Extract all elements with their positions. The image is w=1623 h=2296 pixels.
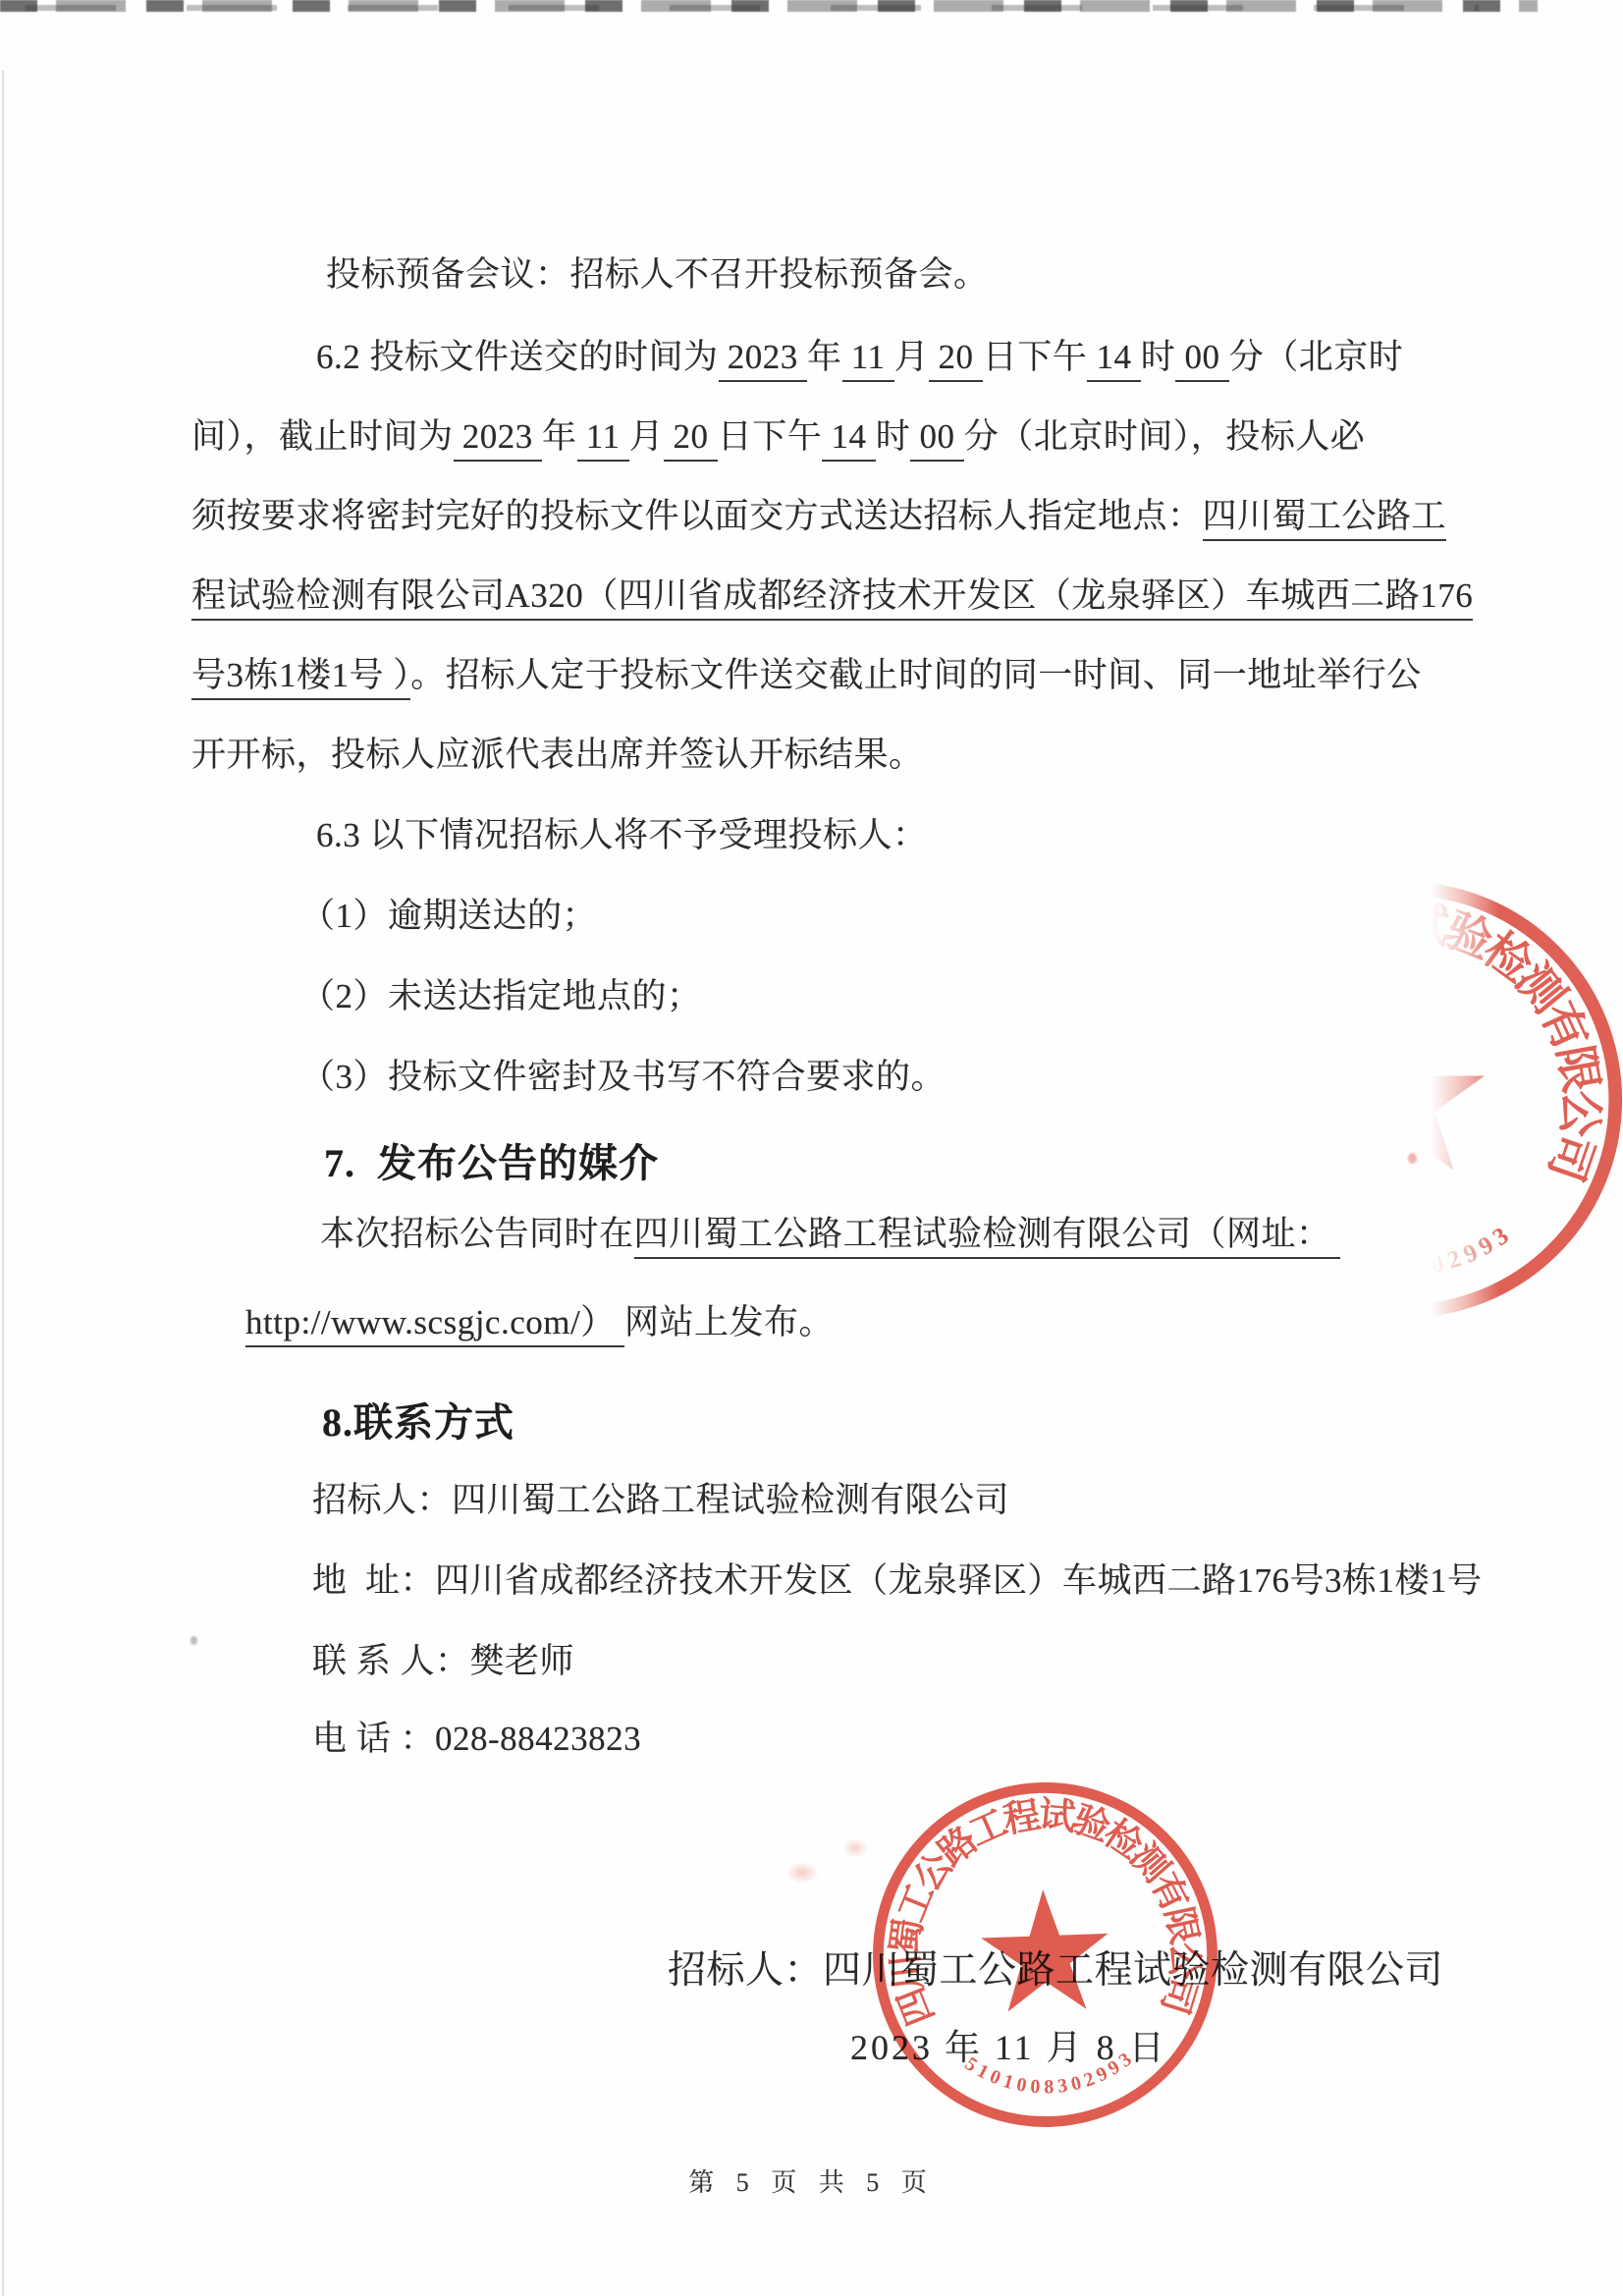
blank-hour: 14: [1087, 338, 1141, 382]
text-segment: 年: [542, 417, 577, 456]
paragraph-6-2-line-4: 程试验检测有限公司A320（四川省成都经济技术开发区（龙泉驿区）车城西二路176: [191, 569, 1473, 618]
blank-month: 11: [842, 338, 894, 382]
section-8-heading: 8.联系方式: [322, 1392, 514, 1448]
scan-artifact-top-2: [26, 5, 1479, 11]
underlined-location: 程试验检测有限公司A320（四川省成都经济技术开发区（龙泉驿区）车城西二路176: [191, 576, 1473, 621]
contact-person-line: 联 系 人：樊老师: [312, 1634, 574, 1683]
text-segment: 间），截止时间为: [191, 417, 454, 456]
blank-minute: 00: [1175, 338, 1229, 382]
blank-month: 11: [577, 417, 629, 462]
contact-address-line: 地 址：四川省成都经济技术开发区（龙泉驿区）车城西二路176号3栋1楼1号: [312, 1554, 1483, 1603]
list-item-2: （2）未送达指定地点的；: [300, 969, 702, 1018]
paragraph-6-2-line-6: 开开标，投标人应派代表出席并签认开标结果。: [191, 728, 924, 777]
text-segment: 时: [876, 417, 911, 456]
svg-text:5101008302993: 5101008302993: [960, 2048, 1138, 2102]
seal-number-text: 5101008302993: [960, 2048, 1138, 2102]
blank-hour: 14: [822, 417, 876, 462]
seal-graphic: 四川蜀工公路工程试验检测有限公司 5101008302993: [860, 1770, 1231, 2141]
text-segment: 本次招标公告同时在: [320, 1215, 634, 1253]
text-segment: 月: [629, 417, 665, 456]
section-7-heading: 7. 发布公告的媒介: [324, 1132, 659, 1188]
underlined-website-url: http://www.scsgjc.com/）: [245, 1303, 624, 1347]
svg-text:5101008302993: 5101008302993: [1292, 1222, 1515, 1282]
text-segment: 须按要求将密封完好的投标文件以面交方式送达招标人指定地点：: [191, 497, 1203, 535]
scanned-document-page: 投标预备会议：招标人不召开投标预备会。 6.2 投标文件送交的时间为 2023 …: [0, 0, 1623, 2296]
text-segment: 分（北京时: [1229, 338, 1404, 376]
paragraph-7-line-2: http://www.scsgjc.com/） 网站上发布。: [245, 1295, 834, 1344]
text-segment: 6.2 投标文件送交的时间为: [316, 338, 719, 376]
page-number-footer: 第 5 页 共 5 页: [0, 2162, 1623, 2199]
company-seal-stamp: 四川蜀工公路工程试验检测有限公司 5101008302993: [860, 1770, 1231, 2141]
scan-artifact-left-edge: [2, 71, 4, 2296]
underlined-location: 号3栋1楼1号 ）: [191, 656, 410, 700]
blank-day: 20: [664, 417, 718, 462]
text-segment: 。招标人定于投标文件送交截止时间的同一时间、同一地址举行公: [410, 656, 1422, 694]
blank-day: 20: [929, 338, 983, 382]
list-item-3: （3）投标文件密封及书写不符合要求的。: [300, 1050, 946, 1099]
star-icon: [980, 1887, 1111, 2012]
blank-year: 2023: [719, 338, 808, 382]
scan-speck: [190, 1636, 197, 1645]
paragraph-6-2-line-3: 须按要求将密封完好的投标文件以面交方式送达招标人指定地点：四川蜀工公路工: [191, 489, 1446, 538]
text-segment: 日下午: [983, 338, 1088, 376]
text-segment: 网站上发布。: [624, 1303, 834, 1341]
contact-bidder-line: 招标人：四川蜀工公路工程试验检测有限公司: [312, 1473, 1009, 1522]
paragraph-6-3: 6.3 以下情况招标人将不予受理投标人：: [316, 808, 928, 857]
seal-smudge: [785, 1862, 819, 1884]
text-segment: 年: [807, 338, 842, 376]
paragraph-6-2-line-5: 号3栋1楼1号 ）。招标人定于投标文件送交截止时间的同一时间、同一地址举行公: [191, 648, 1422, 697]
paragraph-6-2-line-2: 间），截止时间为 2023 年 11 月 20 日下午 14 时 00 分（北京…: [191, 410, 1365, 459]
paragraph-6-2-line-1: 6.2 投标文件送交的时间为 2023 年 11 月 20 日下午 14 时 0…: [316, 330, 1403, 379]
contact-phone-line: 电 话 ：028-88423823: [312, 1712, 641, 1761]
star-icon: [1324, 1017, 1485, 1171]
text-segment: 日下午: [718, 417, 823, 456]
list-item-1: （1）逾期送达的；: [300, 889, 597, 938]
blank-minute: 00: [910, 417, 964, 462]
text-segment: 时: [1141, 338, 1176, 376]
blank-year: 2023: [454, 417, 543, 462]
text-segment: 月: [894, 338, 930, 376]
seal-graphic: 四川蜀工公路工程试验检测有限公司 5101008302993: [1177, 873, 1623, 1327]
seal-number-text: 5101008302993: [1292, 1222, 1515, 1282]
text-segment: 分（北京时间），投标人必: [964, 417, 1366, 456]
partial-seal-right-edge: 四川蜀工公路工程试验检测有限公司 5101008302993: [1177, 873, 1623, 1327]
paragraph-pre-bid-meeting: 投标预备会议：招标人不召开投标预备会。: [326, 247, 989, 297]
underlined-location: 四川蜀工公路工: [1203, 497, 1447, 541]
